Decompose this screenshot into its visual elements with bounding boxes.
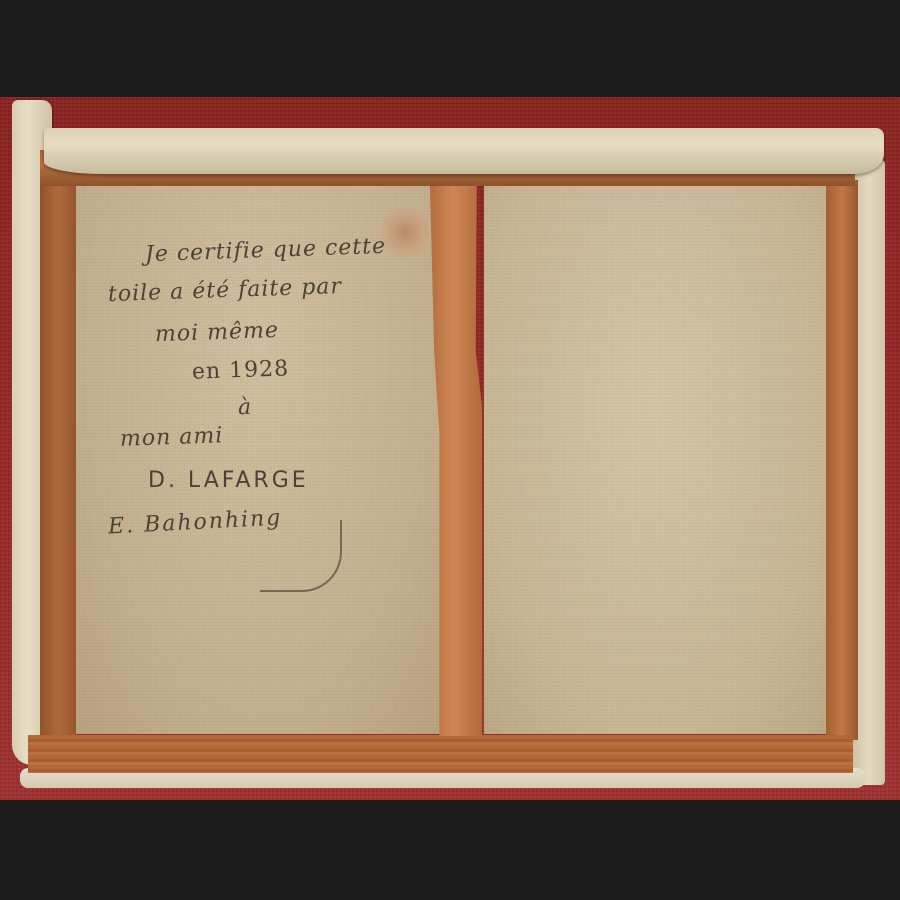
bottom-black-band: [0, 800, 900, 900]
inscription-line: mon ami: [120, 423, 224, 452]
inscription-line: en 1928: [192, 356, 290, 384]
canvas-panel-left: [76, 186, 444, 734]
canvas-panel-right: [484, 186, 826, 734]
canvas-stain: [380, 205, 430, 260]
stretcher-bar-left: [40, 180, 76, 740]
inscription-line: moi même: [155, 318, 280, 347]
stretcher-bar-right: [826, 180, 858, 740]
stretcher-bar-bottom: [28, 735, 853, 773]
canvas-wrap-top: [44, 128, 884, 174]
top-black-band: [0, 0, 900, 97]
inscription-recipient: D. LAFARGE: [148, 468, 309, 493]
inscription-line: à: [238, 395, 253, 420]
